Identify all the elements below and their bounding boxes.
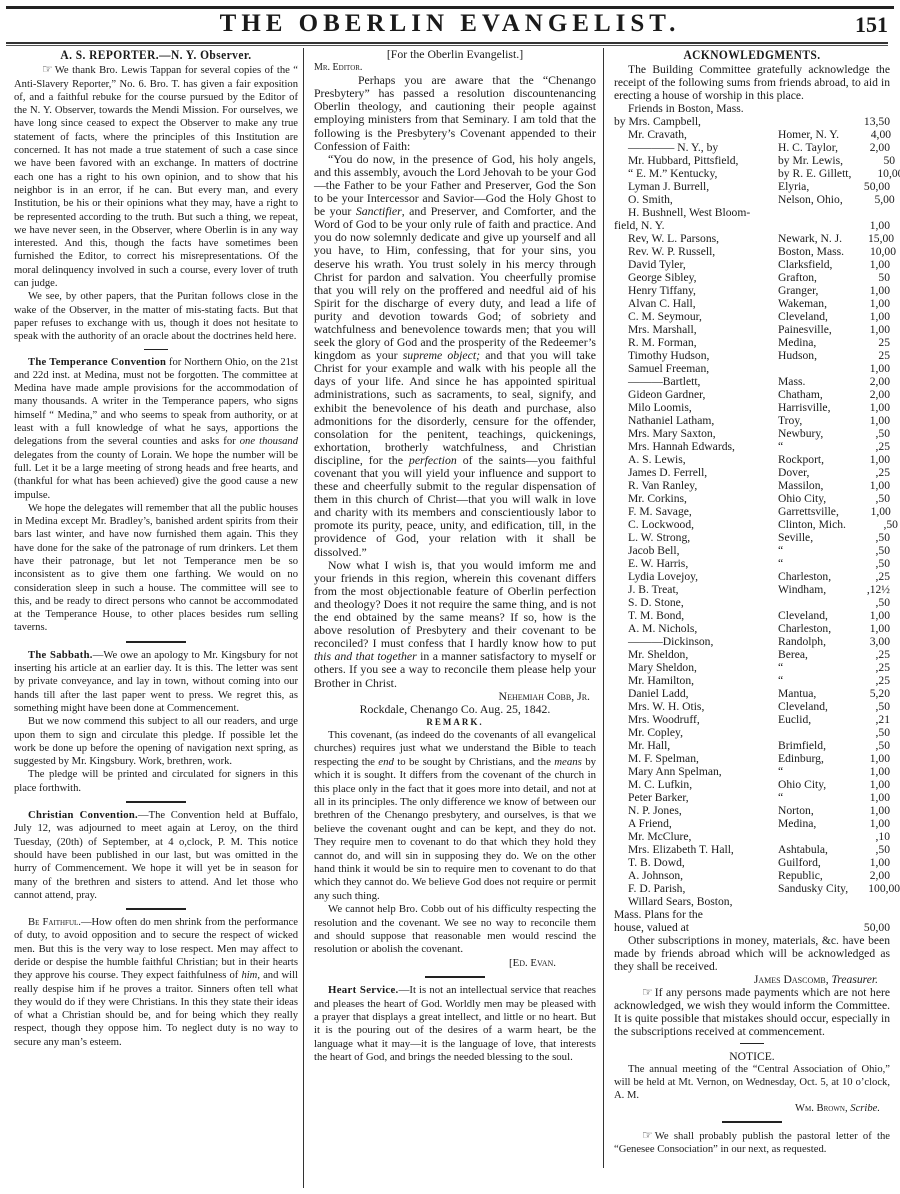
donor-name: Gideon Gardner, [614, 388, 778, 401]
donation-row: Mr. Hubbard, Pittsfield,by Mr. Lewis,50 [614, 154, 890, 167]
donor-name: F. D. Parish, [614, 882, 778, 895]
donor-place: by Mr. Lewis, [778, 154, 843, 167]
donor-place: Granger, [778, 284, 838, 297]
donor-place: Rockport, [778, 453, 838, 466]
temperance-lead: The Temperance Convention [28, 357, 166, 368]
donor-name: Mrs. Marshall, [614, 323, 778, 336]
donation-row: house, valued at 50,00 [614, 921, 890, 934]
donor-amount: 2,00 [838, 869, 890, 882]
other-subscriptions: Other subscriptions in money, materials,… [614, 934, 890, 973]
acknowledgments-heading: ACKNOWLEDGMENTS. [631, 48, 874, 61]
donation-row: R. Van Ranley,Massilon,1,00 [614, 479, 890, 492]
donor-amount: 50 [838, 271, 890, 284]
donation-list-2: Rev, W. L. Parsons,Newark, N. J.15,00Rev… [614, 232, 890, 895]
donor-amount: 1,00 [838, 323, 890, 336]
donation-row: ———— N. Y., byH. C. Taylor,2,00 [614, 141, 890, 154]
donor-name: Timothy Hudson, [614, 349, 778, 362]
donor-name: Lydia Lovejoy, [614, 570, 778, 583]
letter-question-paragraph: Now what I wish is, that you would imfor… [314, 559, 596, 690]
donor-amount: 1,00 [838, 622, 890, 635]
donor-name: Mr. Hamilton, [614, 674, 778, 687]
donor-name: L. W. Strong, [614, 531, 778, 544]
donor-name: Peter Barker, [614, 791, 778, 804]
donor-place: Randolph, [778, 635, 838, 648]
donor-amount: 1,00 [838, 258, 890, 271]
donor-place: “ [778, 765, 838, 778]
donation-row: Mr. Corkins,Ohio City,,50 [614, 492, 890, 505]
donation-row: L. W. Strong,Seville,,50 [614, 531, 890, 544]
donation-row: Peter Barker,“1,00 [614, 791, 890, 804]
donation-row: Mr. Cravath,Homer, N. Y.4,00 [614, 128, 890, 141]
donation-row: Milo Loomis,Harrisville,1,00 [614, 401, 890, 414]
donor-place: Clarksfield, [778, 258, 838, 271]
donor-place: “ [778, 674, 838, 687]
donor-name: Mr. Hall, [614, 739, 778, 752]
letter-paragraph: Perhaps you are aware that the “Chenango… [314, 74, 596, 153]
temperance-paragraph-2: We hope the delegates will remember that… [14, 502, 298, 635]
donation-row: M. C. Lufkin,Ohio City,1,00 [614, 778, 890, 791]
article-paragraph: ☞We thank Bro. Lewis Tappan for several … [14, 63, 298, 290]
donor-name: F. M. Savage, [614, 505, 778, 518]
donor-place: “ [778, 661, 838, 674]
donor-name: Mrs. Woodruff, [614, 713, 778, 726]
donation-row: “ E. M.” Kentucky,by R. E. Gillett,10,00 [614, 167, 890, 180]
donor-amount: 1,00 [838, 297, 890, 310]
donor-amount: 2,00 [838, 375, 890, 388]
christian-convention-paragraph: Christian Convention.—The Convention hel… [14, 809, 298, 902]
header-rule-thin [6, 45, 888, 46]
donation-row: Mrs. Elizabeth T. Hall,Ashtabula,,50 [614, 843, 890, 856]
donor-name: Mrs. Hannah Edwards, [614, 440, 778, 453]
donation-row: Mr. Copley,,50 [614, 726, 890, 739]
donor-place: Ohio City, [778, 492, 838, 505]
remark-paragraph-2: We cannot help Bro. Cobb out of his diff… [314, 903, 596, 957]
notice-signature: Wm. Brown, Scribe. [614, 1102, 890, 1115]
section-divider [126, 908, 186, 910]
donation-row: F. D. Parish,Sandusky City,100,00 [614, 882, 890, 895]
donor-place: Mass. [778, 375, 838, 388]
donation-row: S. D. Stone,,50 [614, 596, 890, 609]
article-paragraph: We see, by other papers, that the Purita… [14, 290, 298, 343]
pointing-hand-icon: ☞ [628, 986, 653, 999]
letter-signature: Nehemiah Cobb, Jr. [314, 690, 596, 703]
donor-name: A. Johnson, [614, 869, 778, 882]
notice-text: The annual meeting of the “Central Assoc… [614, 1063, 890, 1102]
donation-row: J. B. Treat,Windham,,12½ [614, 583, 890, 596]
donation-row: C. Lockwood,Clinton, Mich.,50 [614, 518, 890, 531]
donor-name: O. Smith, [614, 193, 778, 206]
donor-amount: 10,00 [844, 245, 896, 258]
donor-amount: 15,00 [842, 232, 894, 245]
donor-name: David Tyler, [614, 258, 778, 271]
top-rule [6, 6, 894, 9]
donor-amount: ,50 [838, 843, 890, 856]
donor-name: C. M. Seymour, [614, 310, 778, 323]
donation-row: ———Bartlett,Mass.2,00 [614, 375, 890, 388]
donor-place: Charleston, [778, 570, 838, 583]
treasurer-signature: James Dascomb, Treasurer. [614, 973, 890, 986]
sears-line-2: Mass. Plans for the [614, 908, 890, 921]
donor-amount: ,25 [838, 661, 890, 674]
donor-name: R. M. Forman, [614, 336, 778, 349]
donor-name: “ E. M.” Kentucky, [614, 167, 778, 180]
donor-amount: 50 [843, 154, 895, 167]
donor-amount: ,50 [838, 700, 890, 713]
donation-row: Mr. Hall,Brimfield,,50 [614, 739, 890, 752]
donor-amount: ,50 [838, 596, 890, 609]
donor-amount: 25 [838, 336, 890, 349]
letter-dateline: Rockdale, Chenango Co. Aug. 25, 1842. [314, 703, 596, 716]
donor-name: Mr. Cravath, [614, 128, 778, 141]
donor-name: A Friend, [614, 817, 778, 830]
donor-name: Mr. Corkins, [614, 492, 778, 505]
donor-place: Medina, [778, 817, 838, 830]
donor-name: Jacob Bell, [614, 544, 778, 557]
pointing-hand-icon: ☞ [28, 63, 53, 76]
donation-row: Alvan C. Hall,Wakeman,1,00 [614, 297, 890, 310]
column-left: A. S. REPORTER.—N. Y. Observer. ☞We than… [14, 48, 298, 1194]
donor-amount: ,50 [846, 518, 898, 531]
donor-amount: 1,00 [838, 362, 890, 375]
donation-row: M. F. Spelman,Edinburg,1,00 [614, 752, 890, 765]
be-faithful-lead: Be Faithful. [28, 917, 81, 928]
donor-name: Milo Loomis, [614, 401, 778, 414]
column-separator-1 [303, 48, 304, 1188]
donor-place: Mantua, [778, 687, 838, 700]
donation-row: Samuel Freeman,1,00 [614, 362, 890, 375]
sabbath-lead: The Sabbath. [28, 650, 93, 661]
donor-name: ———— N. Y., by [614, 141, 778, 154]
donor-name: Mr. Copley, [614, 726, 778, 739]
donation-row: N. P. Jones,Norton,1,00 [614, 804, 890, 817]
donor-name: T. M. Bond, [614, 609, 778, 622]
donor-amount: 1,00 [838, 856, 890, 869]
donor-place: Dover, [778, 466, 838, 479]
donor-amount: ,50 [838, 492, 890, 505]
newspaper-title: THE OBERLIN EVANGELIST. [0, 10, 900, 38]
donor-amount: 3,00 [838, 635, 890, 648]
donor-place: Cleveland, [778, 609, 838, 622]
donor-place: Massilon, [778, 479, 838, 492]
donor-amount: ,21 [838, 713, 890, 726]
donor-place: Ohio City, [778, 778, 838, 791]
notice-heading: NOTICE. [614, 1050, 890, 1063]
donation-row: A. M. Nichols,Charleston,1,00 [614, 622, 890, 635]
donation-row: Nathaniel Latham,Troy,1,00 [614, 414, 890, 427]
donor-amount: 1,00 [838, 609, 890, 622]
donor-place: Medina, [778, 336, 838, 349]
donor-place: Ashtabula, [778, 843, 838, 856]
donation-row: field, N. Y. 1,00 [614, 219, 890, 232]
donor-place [778, 726, 838, 739]
donor-place: Hudson, [778, 349, 838, 362]
donor-name: M. F. Spelman, [614, 752, 778, 765]
donor-name: T. B. Dowd, [614, 856, 778, 869]
donor-place: Harrisville, [778, 401, 838, 414]
donor-name: C. Lockwood, [614, 518, 778, 531]
donor-name: M. C. Lufkin, [614, 778, 778, 791]
remark-heading: REMARK. [314, 716, 596, 729]
donor-amount: ,25 [838, 674, 890, 687]
donation-list: Mr. Cravath,Homer, N. Y.4,00———— N. Y., … [614, 128, 890, 206]
donor-place: Cleveland, [778, 700, 838, 713]
donor-place [778, 830, 838, 843]
donation-row: Lydia Lovejoy,Charleston,,25 [614, 570, 890, 583]
donor-place: Brimfield, [778, 739, 838, 752]
donation-row: Daniel Ladd,Mantua,5,20 [614, 687, 890, 700]
donor-name: Alvan C. Hall, [614, 297, 778, 310]
donor-amount: 1,00 [838, 778, 890, 791]
donor-place: Norton, [778, 804, 838, 817]
donor-amount: 50,00 [838, 180, 890, 193]
donor-place: Seville, [778, 531, 838, 544]
donor-name: R. Van Ranley, [614, 479, 778, 492]
donor-place: H. C. Taylor, [778, 141, 838, 154]
donor-amount: 2,00 [838, 141, 890, 154]
source-note: [For the Oberlin Evangelist.] [314, 48, 596, 61]
editor-signature: [Ed. Evan. [314, 957, 596, 970]
donor-place: Euclid, [778, 713, 838, 726]
section-divider [722, 1121, 782, 1123]
donor-name: Henry Tiffany, [614, 284, 778, 297]
donation-row: Mrs. Hannah Edwards,“,25 [614, 440, 890, 453]
donor-place: Berea, [778, 648, 838, 661]
donor-name: Lyman J. Burrell, [614, 180, 778, 193]
donor-place: by R. E. Gillett, [778, 167, 851, 180]
donor-name: Mary Sheldon, [614, 661, 778, 674]
donor-amount: ,50 [838, 427, 890, 440]
donor-name: Rev. W. P. Russell, [614, 245, 778, 258]
article-heading-reporter: A. S. REPORTER.—N. Y. Observer. [31, 48, 281, 61]
donor-place [778, 596, 838, 609]
donation-row: Rev. W. P. Russell,Boston, Mass.10,00 [614, 245, 890, 258]
donor-place: “ [778, 791, 838, 804]
donor-place: “ [778, 544, 838, 557]
donor-name: Samuel Freeman, [614, 362, 778, 375]
donor-amount: 1,00 [838, 752, 890, 765]
donor-place [778, 362, 838, 375]
donor-place: Clinton, Mich. [778, 518, 846, 531]
donor-name: Mrs. Mary Saxton, [614, 427, 778, 440]
donor-name: ———Bartlett, [614, 375, 778, 388]
donor-name: James D. Ferrell, [614, 466, 778, 479]
donor-amount: 5,20 [838, 687, 890, 700]
donor-name: E. W. Harris, [614, 557, 778, 570]
donor-amount: 1,00 [838, 804, 890, 817]
remark-paragraph: This covenant, (as indeed do the covenan… [314, 729, 596, 903]
donor-place: Nelson, Ohio, [778, 193, 843, 206]
donor-name: J. B. Treat, [614, 583, 778, 596]
donor-place: Elyria, [778, 180, 838, 193]
donor-amount: 2,00 [838, 388, 890, 401]
donor-place: “ [778, 557, 838, 570]
donation-row: O. Smith,Nelson, Ohio,5,00 [614, 193, 890, 206]
section-divider [144, 349, 168, 350]
donation-row: Mrs. W. H. Otis,Cleveland,,50 [614, 700, 890, 713]
pointing-hand-icon: ☞ [628, 1129, 653, 1142]
donor-amount: 5,00 [843, 193, 895, 206]
donation-row: James D. Ferrell,Dover,,25 [614, 466, 890, 479]
donor-name: N. P. Jones, [614, 804, 778, 817]
column-separator-2 [603, 48, 604, 1168]
be-faithful-paragraph: Be Faithful.—How often do men shrink fro… [14, 916, 298, 1049]
page-number: 151 [855, 12, 888, 38]
donation-row: T. M. Bond,Cleveland,1,00 [614, 609, 890, 622]
donor-amount: ,25 [838, 648, 890, 661]
donation-row: Mrs. Marshall,Painesville,1,00 [614, 323, 890, 336]
donation-row: George Sibley,Grafton,50 [614, 271, 890, 284]
donor-name: Nathaniel Latham, [614, 414, 778, 427]
donation-row: Lyman J. Burrell,Elyria,50,00 [614, 180, 890, 193]
sabbath-paragraph-3: The pledge will be printed and circulate… [14, 768, 298, 795]
donor-name: Mrs. Elizabeth T. Hall, [614, 843, 778, 856]
sabbath-paragraph: The Sabbath.—We owe an apology to Mr. Ki… [14, 649, 298, 715]
donor-place: Troy, [778, 414, 838, 427]
donor-name: Mr. Sheldon, [614, 648, 778, 661]
donation-row: Mr. Sheldon,Berea,,25 [614, 648, 890, 661]
section-divider [126, 801, 186, 803]
section-divider [126, 641, 186, 643]
donor-amount: 1,00 [838, 817, 890, 830]
donation-row: Mrs. Mary Saxton,Newbury,,50 [614, 427, 890, 440]
donor-amount: ,50 [838, 739, 890, 752]
missing-payments-note: ☞If any persons made payments which are … [614, 986, 890, 1038]
donor-name: S. D. Stone, [614, 596, 778, 609]
column-middle: [For the Oberlin Evangelist.] Mr. Editor… [314, 48, 596, 1194]
donor-place: Charleston, [778, 622, 838, 635]
donation-row: R. M. Forman,Medina,25 [614, 336, 890, 349]
donor-name: Mrs. W. H. Otis, [614, 700, 778, 713]
donation-row: T. B. Dowd,Guilford,1,00 [614, 856, 890, 869]
donor-amount: 1,00 [838, 284, 890, 297]
donor-amount: ,10 [838, 830, 890, 843]
donation-row: by Mrs. Campbell, 13,50 [614, 115, 890, 128]
sears-line: Willard Sears, Boston, [614, 895, 890, 908]
donor-place: Edinburg, [778, 752, 838, 765]
donor-name: Rev, W. L. Parsons, [614, 232, 778, 245]
donor-place: Grafton, [778, 271, 838, 284]
heart-service-paragraph: Heart Service.—It is not an intellectual… [314, 984, 596, 1064]
donation-row: Mr. Hamilton,“,25 [614, 674, 890, 687]
donor-name: ———Dickinson, [614, 635, 778, 648]
donor-place: Boston, Mass. [778, 245, 844, 258]
donation-row: A. Johnson,Republic,2,00 [614, 869, 890, 882]
donation-row: Gideon Gardner,Chatham,2,00 [614, 388, 890, 401]
donor-place: Painesville, [778, 323, 838, 336]
donor-place: Guilford, [778, 856, 838, 869]
section-divider [425, 976, 485, 978]
donor-amount: 1,00 [838, 310, 890, 323]
donor-place: “ [778, 440, 838, 453]
sabbath-paragraph-2: But we now commend this subject to all o… [14, 715, 298, 768]
donor-amount: ,50 [838, 557, 890, 570]
donor-amount: ,25 [838, 466, 890, 479]
christian-convention-lead: Christian Convention. [28, 810, 138, 821]
donor-amount: ,50 [838, 726, 890, 739]
donor-place: Newbury, [778, 427, 838, 440]
donor-name: A. S. Lewis, [614, 453, 778, 466]
final-note: ☞We shall probably publish the pastoral … [614, 1129, 890, 1156]
donation-row: Mary Sheldon,“,25 [614, 661, 890, 674]
donor-amount: 1,00 [838, 765, 890, 778]
donor-amount: 1,00 [838, 791, 890, 804]
acknowledgments-intro: The Building Committee gratefully acknow… [614, 63, 890, 102]
donor-place: Chatham, [778, 388, 838, 401]
donor-place: Cleveland, [778, 310, 838, 323]
donor-amount: 25 [838, 349, 890, 362]
donor-amount: 100,00 [848, 882, 900, 895]
donation-row: David Tyler,Clarksfield,1,00 [614, 258, 890, 271]
donor-place: Republic, [778, 869, 838, 882]
donor-amount: ,50 [838, 544, 890, 557]
donor-amount: 1,00 [839, 505, 891, 518]
donor-name: Mr. McClure, [614, 830, 778, 843]
donation-row: F. M. Savage,Garrettsville,1,00 [614, 505, 890, 518]
heart-service-lead: Heart Service. [328, 984, 399, 996]
donation-row: Mr. McClure,,10 [614, 830, 890, 843]
donor-name: A. M. Nichols, [614, 622, 778, 635]
temperance-paragraph: The Temperance Convention for Northern O… [14, 356, 298, 502]
donor-place: Homer, N. Y. [778, 128, 839, 141]
donation-row: Timothy Hudson,Hudson,25 [614, 349, 890, 362]
donation-row: A. S. Lewis,Rockport,1,00 [614, 453, 890, 466]
donor-place: Garrettsville, [778, 505, 839, 518]
donor-name: Mr. Hubbard, Pittsfield, [614, 154, 778, 167]
donation-row: Mary Ann Spelman,“1,00 [614, 765, 890, 778]
donation-row: C. M. Seymour,Cleveland,1,00 [614, 310, 890, 323]
donor-amount: 1,00 [838, 453, 890, 466]
donation-row: Rev, W. L. Parsons,Newark, N. J.15,00 [614, 232, 890, 245]
donor-place: Newark, N. J. [778, 232, 842, 245]
donor-name: Daniel Ladd, [614, 687, 778, 700]
column-right: ACKNOWLEDGMENTS. The Building Committee … [614, 48, 890, 1194]
donor-amount: ,12½ [838, 583, 890, 596]
donor-name: George Sibley, [614, 271, 778, 284]
masthead: THE OBERLIN EVANGELIST. 151 [0, 10, 900, 40]
donor-amount: ,50 [838, 531, 890, 544]
section-divider [740, 1043, 764, 1044]
bushnell-line: H. Bushnell, West Bloom- [614, 206, 890, 219]
donor-amount: 1,00 [838, 479, 890, 492]
donor-place: Windham, [778, 583, 838, 596]
donation-row: ———Dickinson,Randolph,3,00 [614, 635, 890, 648]
header-rule [6, 42, 888, 44]
donor-place: Sandusky City, [778, 882, 848, 895]
donor-amount: ,25 [838, 570, 890, 583]
donor-amount: 1,00 [838, 401, 890, 414]
donor-name: Mary Ann Spelman, [614, 765, 778, 778]
donation-row: Jacob Bell,“,50 [614, 544, 890, 557]
donor-amount: 4,00 [839, 128, 891, 141]
donation-row: A Friend,Medina,1,00 [614, 817, 890, 830]
donation-row: Henry Tiffany,Granger,1,00 [614, 284, 890, 297]
covenant-paragraph: “You do now, in the presence of God, his… [314, 153, 596, 559]
donor-amount: 10,00 [851, 167, 900, 180]
donor-amount: ,25 [838, 440, 890, 453]
boston-line: Friends in Boston, Mass. [614, 102, 890, 115]
donation-row: E. W. Harris,“,50 [614, 557, 890, 570]
donor-amount: 1,00 [838, 414, 890, 427]
donor-place: Wakeman, [778, 297, 838, 310]
donation-row: Mrs. Woodruff,Euclid,,21 [614, 713, 890, 726]
